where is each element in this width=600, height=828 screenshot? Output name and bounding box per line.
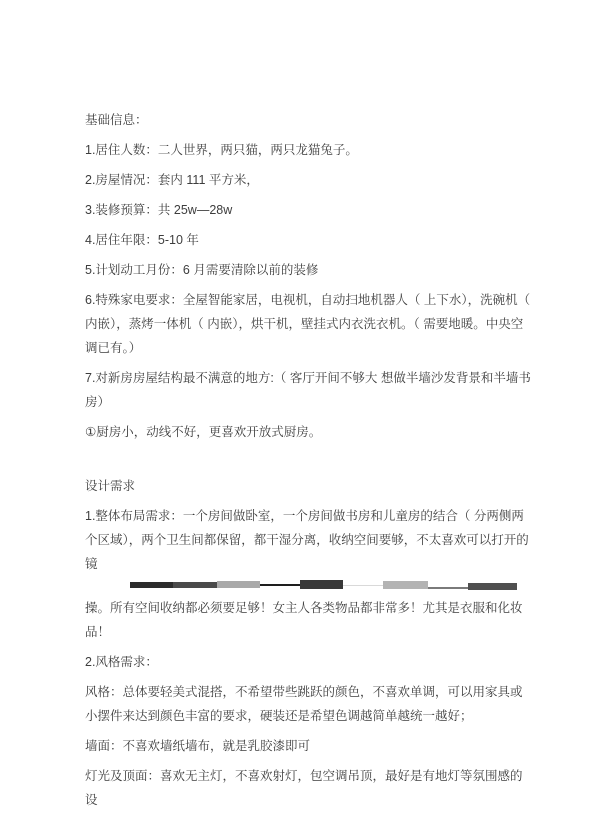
paragraph-residents: 1.居住人数：二人世界，两只猫，两只龙猫兔子。 [85, 138, 533, 162]
paragraph-wall-requirement: 墙面：不喜欢墙纸墙布，就是乳胶漆即可 [85, 734, 533, 758]
glitch-line [130, 578, 517, 592]
section-heading-basic-info: 基础信息： [85, 108, 533, 132]
paragraph-structure-complaints: 7.对新房房屋结构最不满意的地方:（ 客厅开间不够大 想做半墙沙发背景和半墙书房… [85, 366, 533, 414]
paragraph-style-needs-heading: 2.风格需求： [85, 650, 533, 674]
paragraph-layout-needs-part2: 操。所有空间收纳都必须要足够！女主人各类物品都非常多！尤其是衣服和化妆品！ [85, 596, 533, 644]
paragraph-house-condition: 2.房屋情况：套内 111 平方米， [85, 168, 533, 192]
paragraph-residence-years: 4.居住年限：5-10 年 [85, 228, 533, 252]
section-heading-design-needs: 设计需求 [85, 474, 533, 498]
paragraph-lighting-ceiling: 灯光及顶面：喜欢无主灯，不喜欢射灯，包空调吊顶，最好是有地灯等氛围感的设 [85, 764, 533, 812]
document-body: 基础信息： 1.居住人数：二人世界，两只猫，两只龙猫兔子。 2.房屋情况：套内 … [85, 108, 533, 818]
paragraph-budget: 3.装修预算：共 25w—28w [85, 198, 533, 222]
paragraph-appliance-requirements: 6.特殊家电要求：全屋智能家居，电视机，自动扫地机器人（ 上下水），洗碗机（ 内… [85, 288, 533, 360]
paragraph-start-month: 5.计划动工月份：6 月需要清除以前的装修 [85, 258, 533, 282]
paragraph-kitchen-complaint: ①厨房小，动线不好，更喜欢开放式厨房。 [85, 420, 533, 444]
paragraph-style-detail: 风格：总体要轻美式混搭，不希望带些跳跃的颜色，不喜欢单调，可以用家具或小摆件来达… [85, 680, 533, 728]
paragraph-layout-needs-part1: 1.整体布局需求：一个房间做卧室，一个房间做书房和儿童房的结合（ 分两侧两个区域… [85, 504, 533, 576]
